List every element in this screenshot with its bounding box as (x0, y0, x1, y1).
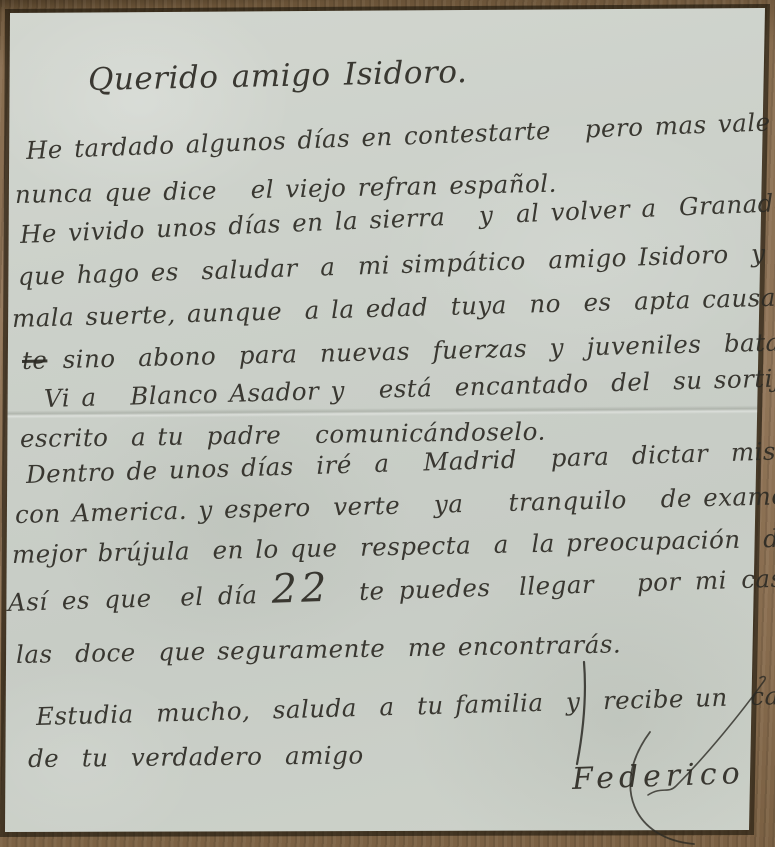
letter-line: Querido amigo Isidoro. (88, 54, 468, 98)
letter-line: He tardado algunos días en contestarte p… (25, 102, 775, 165)
letter-line: de tu verdadero amigo (28, 740, 364, 773)
letter-line: Estudia mucho, saluda a tu familia y rec… (36, 676, 775, 731)
letter-line: mejor brújula en lo que respecta a la pr… (12, 520, 775, 569)
letter-line: Así es que el día 22 te puedes llegar po… (8, 558, 775, 617)
signature: Federico (571, 756, 745, 797)
crossed-out-word: te (22, 345, 48, 375)
photo-of-letter: { "colors": { "table_wood": "#8a6f51", "… (0, 0, 775, 847)
letter-body: Querido amigo Isidoro.He tardado algunos… (0, 0, 775, 847)
letter-line: las doce que seguramente me encontrarás. (16, 629, 622, 669)
large-number: 22 (271, 565, 331, 613)
